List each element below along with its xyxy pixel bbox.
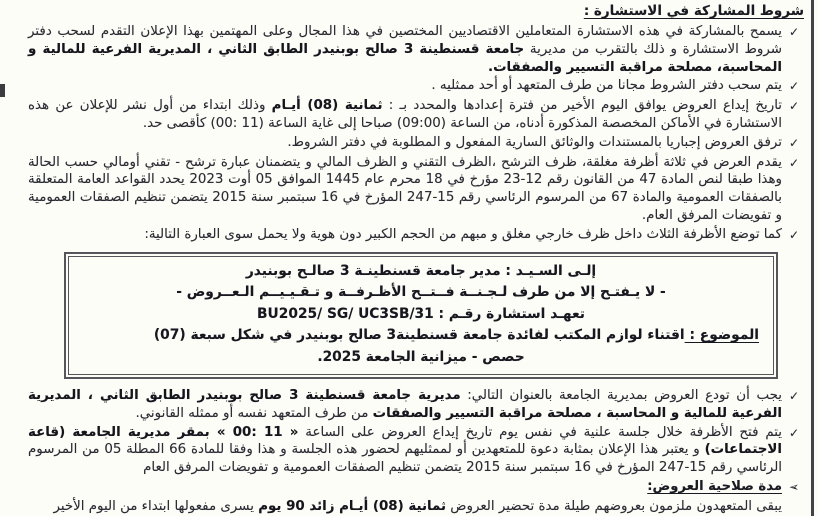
envelope-label-box: إلـى السـيـد : مدير جامعة قسنطينـة 3 صال… xyxy=(64,252,778,380)
text-run: كما توضع الأظرفة الثلاث داخل ظرف خارجي م… xyxy=(144,227,782,242)
term-text-group: يسمح بالمشاركة في هذه الاستشارة المتعامل… xyxy=(28,23,782,76)
text-run: كأقصى حد. xyxy=(143,116,211,131)
decree-number: 247-15 xyxy=(407,190,454,205)
subject-text: اقتناء لوازم المكتب لفائدة جامعة قسنطينة… xyxy=(154,327,685,343)
term-text-group: ترفق العروض إجباريا بالمستندات والوثائق … xyxy=(28,134,782,153)
decree-number: 247-15 xyxy=(659,460,706,475)
arrow-icon: ➢ xyxy=(782,478,806,516)
scan-edge-line xyxy=(811,0,814,516)
validity-line: يبقى المتعهدون ملزمون بعروضهم طيلة مدة ت… xyxy=(28,498,782,516)
term-text-group: يتم فتح الأظرفة خلال جلسة علنية في نفس ي… xyxy=(28,424,782,477)
validity-heading: مدة صلاحية العروض: xyxy=(28,478,782,496)
term-text-group: كما توضع الأظرفة الثلاث داخل ظرف خارجي م… xyxy=(28,226,782,245)
check-icon: ✓ xyxy=(782,154,806,225)
opening-time-value: « 00: 11 » xyxy=(217,425,299,440)
text-run-bold: ثمانية (08) أيـام زائد 90 يوم xyxy=(258,499,446,514)
deadline-time-value: (00: 11) xyxy=(211,116,264,131)
text-run: يتم فتح الأظرفة خلال جلسة علنية في نفس ي… xyxy=(298,425,782,440)
document-content: شروط المشاركة في الاستشارة : ✓ يسمح بالم… xyxy=(28,2,806,516)
envelope-label-inner: إلـى السـيـد : مدير جامعة قسنطينـة 3 صال… xyxy=(68,256,774,376)
check-icon: ✓ xyxy=(782,23,806,76)
term-item-7: ✓ يجب أن تودع العروض بمديرية الجامعة بال… xyxy=(28,387,806,423)
text-run: يبقى المتعهدون ملزمون بعروضهم طيلة مدة ت… xyxy=(446,499,782,514)
text-run: تاريخ إيداع العروض يوافق اليوم الأخير من… xyxy=(383,98,782,113)
term-text-group: تاريخ إيداع العروض يوافق اليوم الأخير من… xyxy=(28,97,782,133)
addressee-line: إلـى السـيـد : مدير جامعة قسنطينـة 3 صال… xyxy=(83,261,759,283)
text-run: من طرف المتعهد نفسه أو ممثله القانوني. xyxy=(136,406,373,421)
term-text-group: يقدم العرض في ثلاثة أظرفة مغلقة، ظرف الت… xyxy=(28,154,782,225)
validity-section: ➢ مدة صلاحية العروض: يبقى المتعهدون ملزم… xyxy=(28,478,806,516)
term-item-6: ✓ كما توضع الأظرفة الثلاث داخل ظرف خارجي… xyxy=(28,226,806,245)
check-icon: ✓ xyxy=(782,134,806,153)
scanned-document-page: شروط المشاركة في الاستشارة : ✓ يسمح بالم… xyxy=(0,0,818,516)
participation-terms-title: شروط المشاركة في الاستشارة : xyxy=(28,3,804,19)
text-run-bold: ثمانية (08) أيـام xyxy=(272,98,383,113)
term-item-5: ✓ يقدم العرض في ثلاثة أظرفة مغلقة، ظرف ا… xyxy=(28,154,806,225)
check-icon: ✓ xyxy=(782,97,806,133)
term-item-1: ✓ يسمح بالمشاركة في هذه الاستشارة المتعا… xyxy=(28,23,806,76)
check-icon: ✓ xyxy=(782,77,806,96)
do-not-open-line: - لا يـفتـح إلا من طرف لـجـنــة فــتــح … xyxy=(83,282,759,304)
subject-line: الموضوع : اقتناء لوازم المكتب لفائدة جام… xyxy=(83,325,759,347)
text-run: ترفق العروض إجباريا بالمستندات والوثائق … xyxy=(287,135,782,150)
text-run: يتم سحب دفتر الشروط مجانا من طرف المتعهد… xyxy=(431,78,782,93)
budget-line: حصص - ميزانية الجامعة 2025. xyxy=(83,347,759,369)
term-item-8: ✓ يتم فتح الأظرفة خلال جلسة علنية في نفس… xyxy=(28,424,806,477)
text-run: المؤرخ في 16 سبتمبر سنة 2015 يتضمن تنظيم… xyxy=(143,460,659,475)
check-icon: ✓ xyxy=(782,387,806,423)
term-text-group: يجب أن تودع العروض بمديرية الجامعة بالعن… xyxy=(28,387,782,423)
term-text-group: يتم سحب دفتر الشروط مجانا من طرف المتعهد… xyxy=(28,77,782,96)
consultation-ref-number: BU2025/ SG/ UC3SB/31 xyxy=(257,306,434,322)
term-item-3: ✓ تاريخ إيداع العروض يوافق اليوم الأخير … xyxy=(28,97,806,133)
law-number: 23-12 xyxy=(503,172,542,187)
validity-text-group: مدة صلاحية العروض: يبقى المتعهدون ملزمون… xyxy=(28,478,782,516)
arrow-glyph: ➢ xyxy=(789,479,799,497)
consultation-ref-label: تعهـد استشارة رقـم : xyxy=(434,306,585,322)
check-icon: ✓ xyxy=(782,226,806,245)
text-run: يسرى مفعولها ابتداء من اليوم الأخير xyxy=(53,499,258,514)
term-item-4: ✓ ترفق العروض إجباريا بالمستندات والوثائ… xyxy=(28,134,806,153)
scan-noise-speck xyxy=(0,84,5,97)
consultation-ref-line: تعهـد استشارة رقـم : BU2025/ SG/ UC3SB/3… xyxy=(83,304,759,326)
text-run: يجب أن تودع العروض بمديرية الجامعة بالعن… xyxy=(461,388,782,403)
check-icon: ✓ xyxy=(782,424,806,477)
term-item-2: ✓ يتم سحب دفتر الشروط مجانا من طرف المتع… xyxy=(28,77,806,96)
subject-label: الموضوع : xyxy=(685,327,759,343)
